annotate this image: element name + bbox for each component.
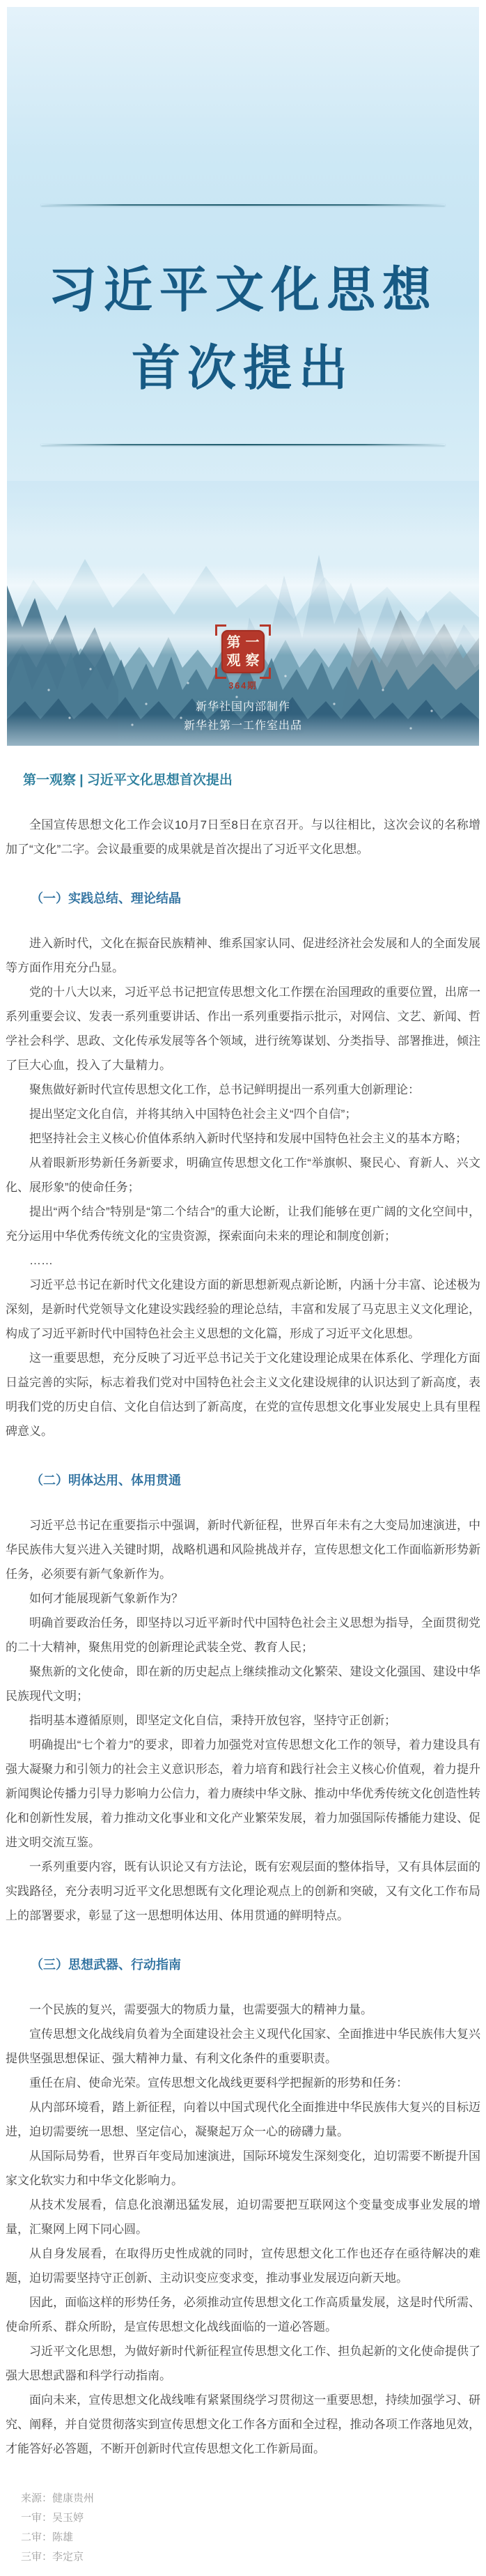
paragraph: 党的十八大以来，习近平总书记把宣传思想文化工作摆在治国理政的重要位置，出席一系列… (6, 980, 480, 1078)
article: 第一观察 | 习近平文化思想首次提出 全国宣传思想文化工作会议10月7日至8日在… (0, 772, 486, 2461)
credit-line: 新华社第一工作室出品 (7, 716, 479, 735)
paragraph: 一个民族的复兴，需要强大的物质力量，也需要强大的精神力量。 (6, 1998, 480, 2022)
section-heading: （三）思想武器、行动指南 (6, 1956, 480, 1974)
seal-characters: 第一观察 (221, 630, 265, 673)
paragraph: 聚焦新的文化使命，即在新的历史起点上继续推动文化繁荣、建设文化强国、建设中华民族… (6, 1659, 480, 1708)
paragraph: 从技术发展看，信息化浪潮迅猛发展，迫切需要把互联网这个变量变成事业发展的增量，汇… (6, 2193, 480, 2241)
divider-line-bottom (41, 444, 445, 445)
paragraph: 面向未来，宣传思想文化战线唯有紧紧围绕学习贯彻这一重要思想，持续加强学习、研究、… (6, 2388, 480, 2461)
footer-line: 来源：健康贵州 (21, 2489, 486, 2508)
credit-line: 新华社国内部制作 (7, 698, 479, 716)
paragraph: 从国际局势看，世界百年变局加速演进，国际环境发生深刻变化，迫切需要不断提升国家文… (6, 2144, 480, 2193)
footer-value: 健康贵州 (52, 2492, 94, 2504)
footer-line: 二审：陈雄 (21, 2528, 486, 2547)
paragraph: 重任在肩、使命光荣。宣传思想文化战线更要科学把握新的形势和任务： (6, 2071, 480, 2095)
article-heading: 第一观察 | 习近平文化思想首次提出 (23, 772, 480, 789)
page-title-line2: 首次提出 (7, 330, 479, 408)
header-banner: 习近平文化思想 首次提出 (7, 7, 479, 746)
paragraph: 因此，面临这样的形势任务，必须推动宣传思想文化工作高质量发展，这是时代所需、使命… (6, 2290, 480, 2339)
paragraph: 全国宣传思想文化工作会议10月7日至8日在京召开。与以往相比，这次会议的名称增加… (6, 813, 480, 861)
paragraph: 明确提出“七个着力”的要求，即着力加强党对宣传思想文化工作的领导，着力建设具有强… (6, 1733, 480, 1855)
footer-label: 三审： (21, 2551, 52, 2563)
issue-number: 364期 (7, 679, 479, 691)
paragraph: 指明基本遵循原则，即坚定文化自信，秉持开放包容，坚持守正创新； (6, 1708, 480, 1733)
divider-line-top (41, 204, 445, 206)
paragraph: 聚焦做好新时代宣传思想文化工作，总书记鲜明提出一系列重大创新理论： (6, 1078, 480, 1102)
paragraph: 习近平总书记在新时代文化建设方面的新思想新观点新论断，内涵十分丰富、论述极为深刻… (6, 1273, 480, 1346)
paragraph: 习近平文化思想，为做好新时代新征程宣传思想文化工作、担负起新的文化使命提供了强大… (6, 2339, 480, 2388)
paragraph: 宣传思想文化战线肩负着为全面建设社会主义现代化国家、全面推进中华民族伟大复兴提供… (6, 2022, 480, 2071)
section-heading: （二）明体达用、体用贯通 (6, 1471, 480, 1489)
paragraph: 如何才能展现新气象新作为？ (6, 1586, 480, 1611)
first-observation-seal: 第一观察 (215, 624, 271, 679)
paragraph: 提出坚定文化自信，并将其纳入中国特色社会主义“四个自信”； (6, 1102, 480, 1126)
seal-character: 观 (227, 654, 241, 668)
paragraph: 这一重要思想，充分反映了习近平总书记关于文化建设理论成果在体系化、学理化方面日益… (6, 1346, 480, 1443)
footer-line: 三审：李定京 (21, 2547, 486, 2567)
producer-credits: 新华社国内部制作 新华社第一工作室出品 (7, 698, 479, 735)
paragraph: 一系列重要内容，既有认识论又有方法论，既有宏观层面的整体指导，又有具体层面的实践… (6, 1855, 480, 1928)
seal-character: 第 (227, 636, 241, 650)
credits-footer: 来源：健康贵州一审：吴玉婷二审：陈雄三审：李定京 (0, 2489, 486, 2567)
paragraph: 进入新时代，文化在振奋民族精神、维系国家认同、促进经济社会发展和人的全面发展等方… (6, 931, 480, 980)
paragraph: 从着眼新形势新任务新要求，明确宣传思想文化工作“举旗帜、聚民心、育新人、兴文化、… (6, 1151, 480, 1199)
footer-label: 一审： (21, 2512, 52, 2524)
paragraph: …… (6, 1248, 480, 1273)
seal-character: 一 (246, 636, 260, 650)
paragraph: 提出“两个结合”特别是“第二个结合”的重大论断，让我们能够在更广阔的文化空间中，… (6, 1199, 480, 1248)
footer-value: 李定京 (52, 2551, 84, 2563)
footer-value: 吴玉婷 (52, 2512, 84, 2524)
paragraph: 从内部环境看，踏上新征程，向着以中国式现代化全面推进中华民族伟大复兴的目标迈进，… (6, 2095, 480, 2144)
page-title-line1: 习近平文化思想 (7, 252, 479, 330)
seal-character: 察 (246, 654, 260, 668)
footer-value: 陈雄 (52, 2531, 73, 2543)
paragraph: 明确首要政治任务，即坚持以习近平新时代中国特色社会主义思想为指导，全面贯彻党的二… (6, 1611, 480, 1659)
footer-line: 一审：吴玉婷 (21, 2508, 486, 2528)
footer-label: 二审： (21, 2531, 52, 2543)
article-body: 全国宣传思想文化工作会议10月7日至8日在京召开。与以往相比，这次会议的名称增加… (6, 813, 480, 2461)
page-title: 习近平文化思想 首次提出 (7, 252, 479, 408)
paragraph: 把坚持社会主义核心价值体系纳入新时代坚持和发展中国特色社会主义的基本方略； (6, 1126, 480, 1151)
paragraph: 习近平总书记在重要指示中强调，新时代新征程，世界百年未有之大变局加速演进，中华民… (6, 1513, 480, 1586)
footer-label: 来源： (21, 2492, 52, 2504)
paragraph: 从自身发展看，在取得历史性成就的同时，宣传思想文化工作也还存在亟待解决的难题，迫… (6, 2241, 480, 2290)
section-heading: （一）实践总结、理论结晶 (6, 889, 480, 907)
